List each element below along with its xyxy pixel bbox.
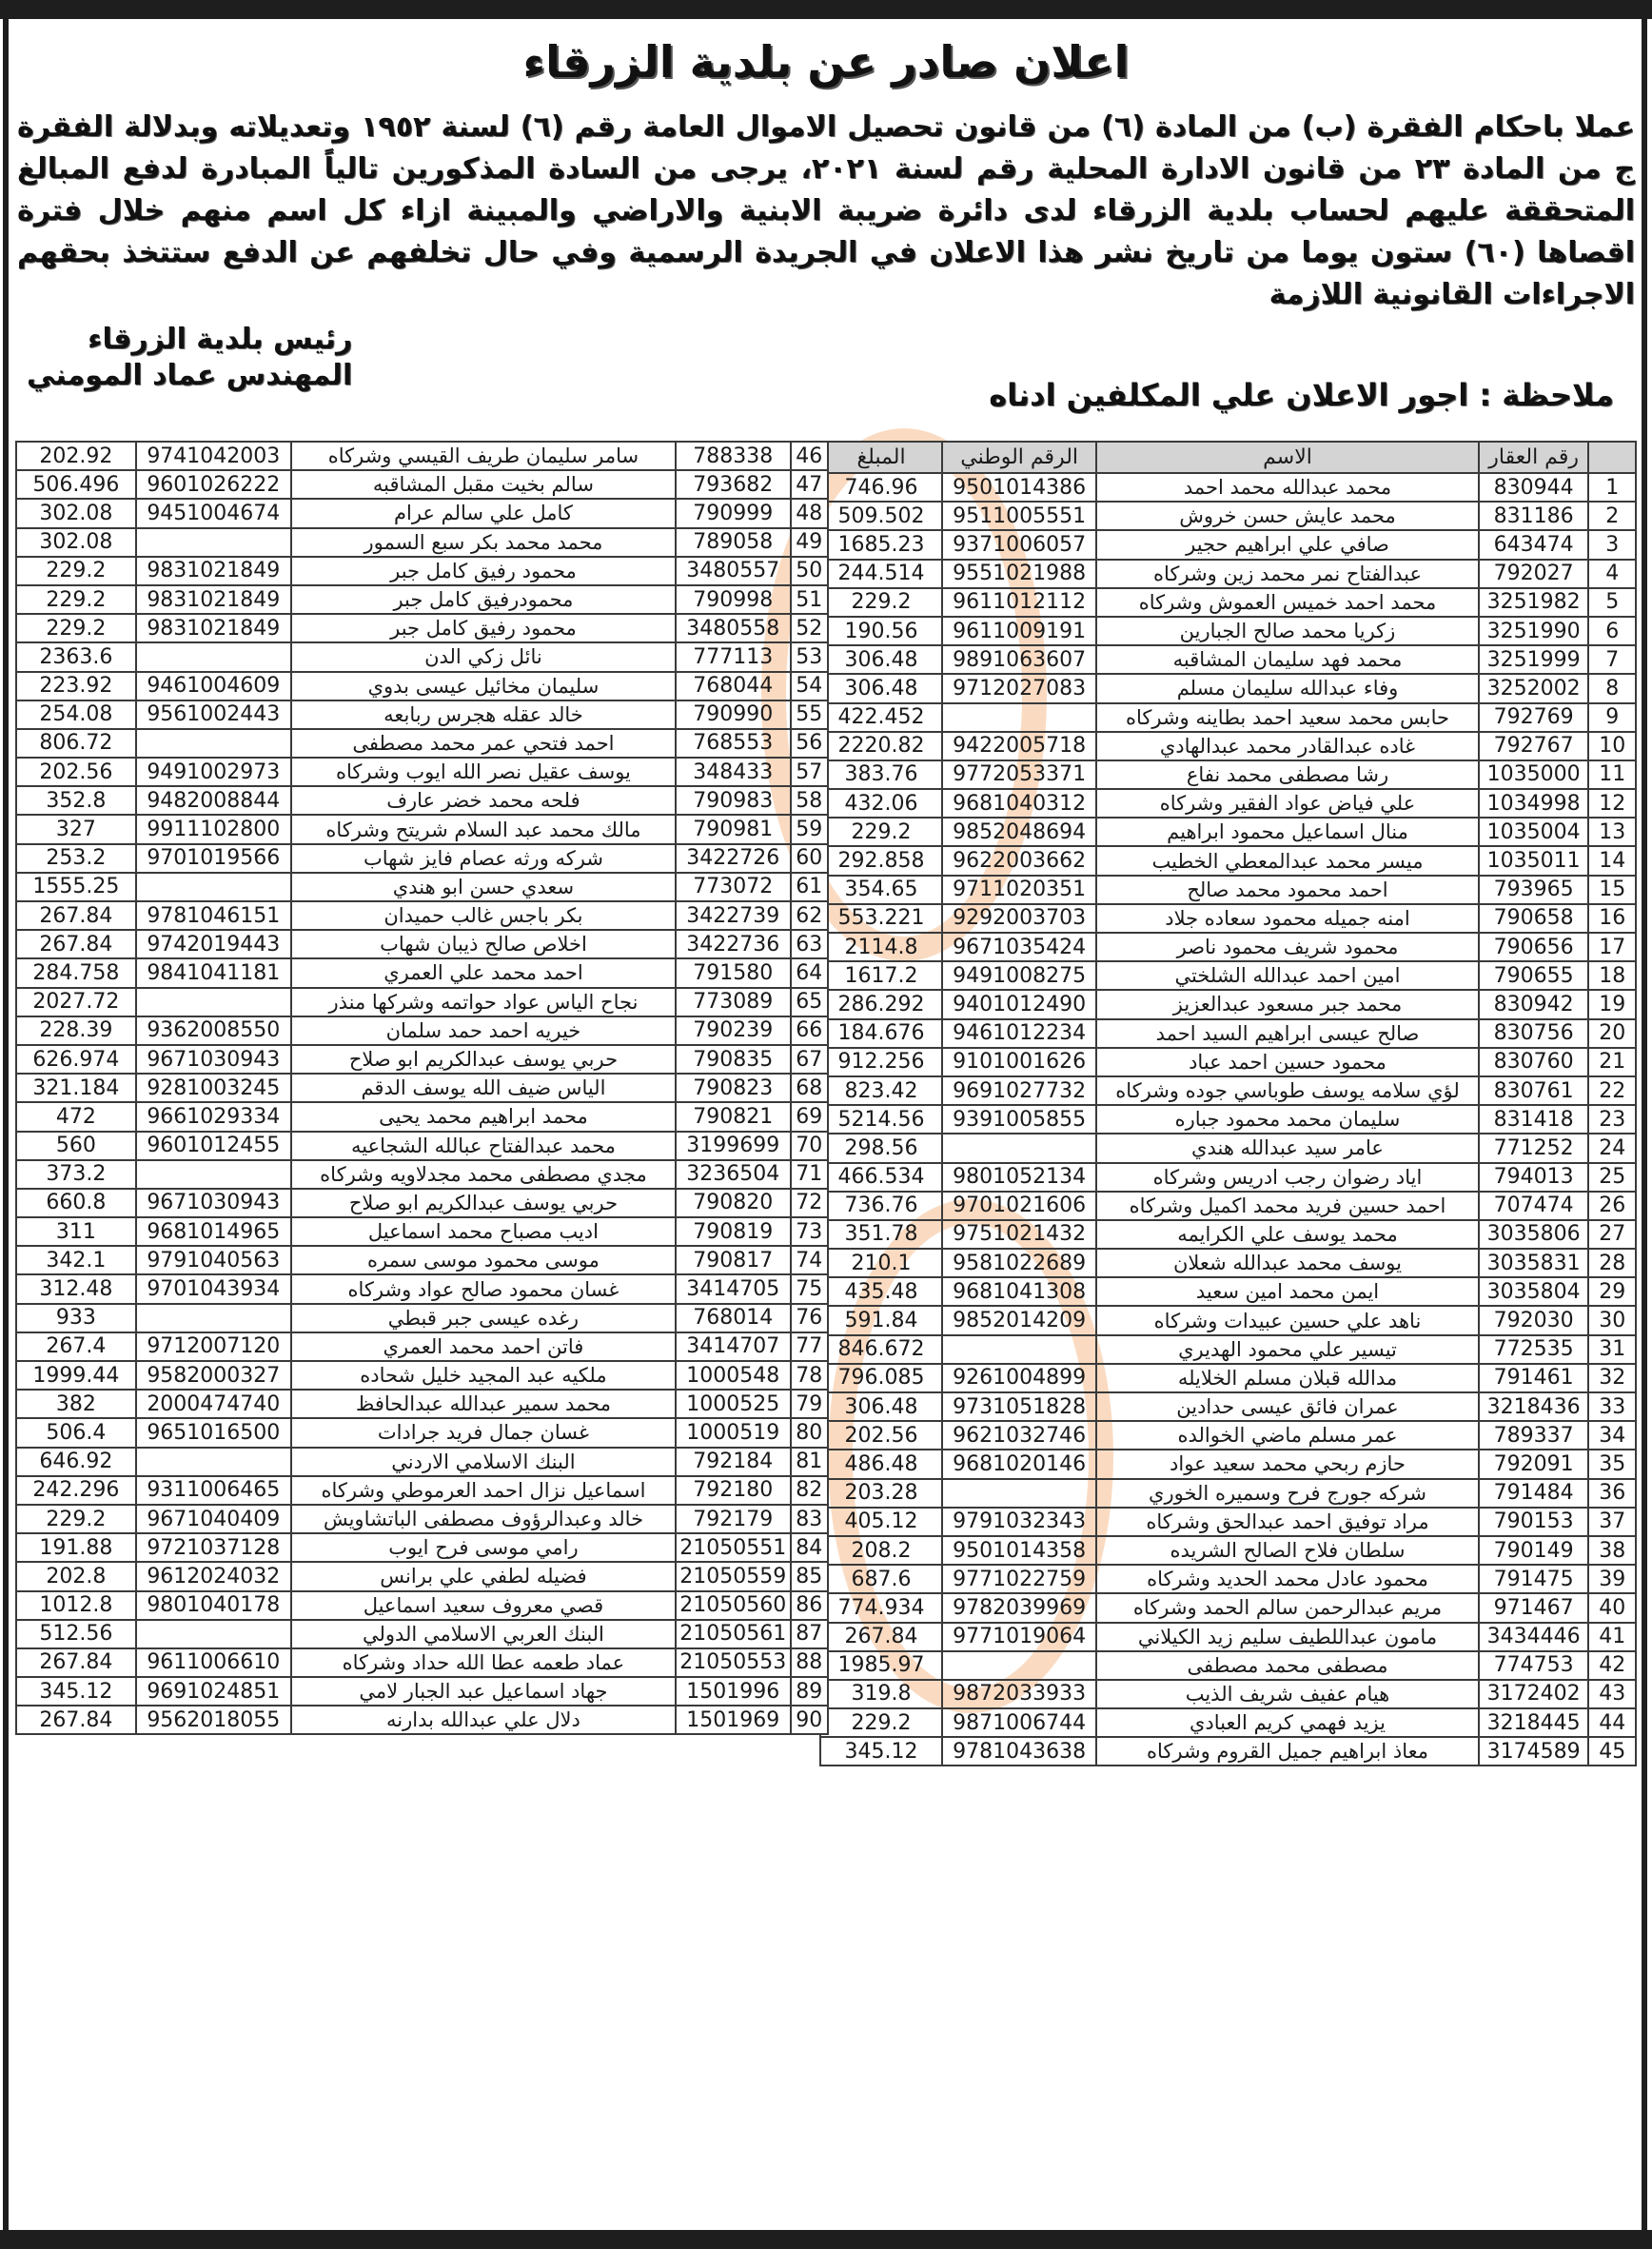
cell-name: احمد فتحي عمر محمد مصطفى: [291, 729, 676, 758]
cell-name: محمد عايش حسن خروش: [1096, 502, 1479, 530]
cell-amount: 687.6: [820, 1565, 942, 1593]
cell-index: 40: [1588, 1593, 1636, 1622]
table-row: 801000519غسان جمال فريد جرادات9651016500…: [16, 1418, 828, 1447]
cell-property-no: 791461: [1479, 1364, 1589, 1392]
cell-name: محمد جبر مسعود عبدالعزيز: [1096, 990, 1479, 1018]
cell-name: الياس ضيف الله يوسف الدقم: [291, 1074, 676, 1102]
cell-amount: 553.221: [820, 904, 942, 933]
cell-national-id: 9651016500: [136, 1418, 291, 1447]
cell-amount: 284.758: [16, 958, 136, 987]
cell-amount: 311: [16, 1217, 136, 1246]
cell-amount: 242.296: [16, 1476, 136, 1505]
table-row: 111035000رشا مصطفى محمد نفاع977205337138…: [820, 760, 1636, 789]
cell-name: صافي علي ابراهيم حجير: [1096, 530, 1479, 559]
table-row: 131035004منال اسماعيل محمود ابراهيم98520…: [820, 818, 1636, 846]
cell-name: اسماعيل نزال احمد العرموطي وشركاه: [291, 1476, 676, 1505]
cell-index: 65: [791, 988, 828, 1016]
cell-name: سلطان فلاح الصالح الشريده: [1096, 1536, 1479, 1565]
cell-property-no: 3035831: [1479, 1249, 1589, 1277]
cell-amount: 2114.8: [820, 933, 942, 961]
signature-title: رئيس بلدية الزرقاء: [27, 322, 352, 358]
cell-property-no: 21050560: [676, 1591, 791, 1620]
cell-national-id: 9782039969: [942, 1593, 1096, 1622]
table-row: 8521050559فضيله لطفي علي برانس9612024032…: [16, 1562, 828, 1590]
header-amount: المبلغ: [820, 442, 942, 473]
cell-index: 55: [791, 700, 828, 729]
cell-name: خيريه احمد حمد سلمان: [291, 1016, 676, 1045]
cell-amount: 383.76: [820, 760, 942, 789]
cell-amount: 208.2: [820, 1536, 942, 1565]
cell-index: 79: [791, 1390, 828, 1418]
cell-amount: 486.48: [820, 1450, 942, 1478]
cell-index: 58: [791, 786, 828, 815]
cell-name: دلال علي عبدالله بدارنه: [291, 1706, 676, 1734]
cell-index: 34: [1588, 1421, 1636, 1450]
cell-amount: 267.84: [16, 1706, 136, 1734]
announcement-body: عملا باحكام الفقرة (ب) من المادة (٦) من …: [17, 107, 1635, 316]
cell-national-id: 9661029334: [136, 1102, 291, 1131]
cell-name: عمر مسلم ماضي الخوالده: [1096, 1421, 1479, 1450]
table-row: 46788338سامر سليمان طريف القيسي وشركاه97…: [16, 442, 828, 470]
cell-name: شركه ورثه عصام فايز شهاب: [291, 844, 676, 873]
cell-index: 29: [1588, 1277, 1636, 1306]
cell-index: 22: [1588, 1076, 1636, 1105]
cell-property-no: 790983: [676, 786, 791, 815]
cell-index: 30: [1588, 1306, 1636, 1334]
cell-index: 50: [791, 557, 828, 585]
cell-amount: 202.56: [16, 758, 136, 786]
cell-amount: 746.96: [820, 473, 942, 502]
cell-amount: 319.8: [820, 1680, 942, 1708]
cell-national-id: 9701043934: [136, 1274, 291, 1303]
cell-index: 76: [791, 1304, 828, 1332]
cell-index: 33: [1588, 1392, 1636, 1421]
cell-property-no: 768014: [676, 1304, 791, 1332]
cell-national-id: 9891063607: [942, 645, 1096, 674]
cell-amount: 736.76: [820, 1192, 942, 1220]
table-row: 63251990زكريا محمد صالح الجبارين96110091…: [820, 617, 1636, 645]
cell-amount: 229.2: [820, 818, 942, 846]
table-row: 901501969دلال علي عبدالله بدارنه95620180…: [16, 1706, 828, 1734]
cell-amount: 312.48: [16, 1274, 136, 1303]
cell-national-id: 9691027732: [942, 1076, 1096, 1105]
cell-name: فلحه محمد خضر عارف: [291, 786, 676, 815]
table-row: 47793682سالم بخيت مقبل المشاقبه960102622…: [16, 470, 828, 499]
cell-national-id: [136, 1160, 291, 1189]
cell-name: محمد فهد سليمان المشاقبه: [1096, 645, 1479, 674]
cell-amount: 229.2: [820, 1708, 942, 1737]
cell-index: 81: [791, 1448, 828, 1476]
cell-property-no: 774753: [1479, 1651, 1589, 1680]
table-row: 82792180اسماعيل نزال احمد العرموطي وشركا…: [16, 1476, 828, 1505]
cell-name: سامر سليمان طريف القيسي وشركاه: [291, 442, 676, 470]
cell-name: فضيله لطفي علي برانس: [291, 1562, 676, 1590]
cell-index: 84: [791, 1533, 828, 1562]
cell-index: 3: [1588, 530, 1636, 559]
cell-property-no: 3414707: [676, 1332, 791, 1361]
cell-national-id: 9831021849: [136, 614, 291, 642]
cell-amount: 660.8: [16, 1189, 136, 1217]
cell-amount: 2363.6: [16, 642, 136, 671]
cell-index: 72: [791, 1189, 828, 1217]
cell-name: ملكيه عبد المجيد خليل شحاده: [291, 1361, 676, 1390]
cell-amount: 435.48: [820, 1277, 942, 1306]
cell-national-id: 9852048694: [942, 818, 1096, 846]
cell-amount: 229.2: [16, 585, 136, 614]
cell-amount: 229.2: [16, 614, 136, 642]
cell-amount: 202.8: [16, 1562, 136, 1590]
cell-property-no: 1501996: [676, 1677, 791, 1706]
cell-property-no: 789337: [1479, 1421, 1589, 1450]
cell-amount: 267.4: [16, 1332, 136, 1361]
table-row: 83252002وفاء عبدالله سليمان مسلم97120270…: [820, 674, 1636, 702]
cell-property-no: 3422739: [676, 901, 791, 930]
table-row: 3643474صافي علي ابراهيم حجير937100605716…: [820, 530, 1636, 559]
cell-property-no: 1000548: [676, 1361, 791, 1390]
header-national-id: الرقم الوطني: [942, 442, 1096, 473]
cell-property-no: 830761: [1479, 1076, 1589, 1105]
cell-amount: 302.08: [16, 499, 136, 527]
cell-property-no: 790658: [1479, 904, 1589, 933]
cell-property-no: 790835: [676, 1045, 791, 1074]
cell-property-no: 790655: [1479, 961, 1589, 990]
cell-index: 62: [791, 901, 828, 930]
cell-property-no: 790819: [676, 1217, 791, 1246]
cell-property-no: 772535: [1479, 1335, 1589, 1364]
cell-national-id: 9611012112: [942, 588, 1096, 617]
table-row: 37790153مراد توفيق احمد عبدالحق وشركاه97…: [820, 1508, 1636, 1536]
cell-name: خالد عقله هجرس ربابعه: [291, 700, 676, 729]
cell-property-no: 790153: [1479, 1508, 1589, 1536]
cell-index: 6: [1588, 617, 1636, 645]
cell-name: لؤي سلامه يوسف طوباسي جوده وشركاه: [1096, 1076, 1479, 1105]
cell-national-id: 9772053371: [942, 760, 1096, 789]
cell-index: 88: [791, 1648, 828, 1677]
cell-national-id: 9872033933: [942, 1680, 1096, 1708]
cell-index: 23: [1588, 1105, 1636, 1134]
cell-property-no: 790999: [676, 499, 791, 527]
cell-property-no: 788338: [676, 442, 791, 470]
cell-property-no: 3422736: [676, 930, 791, 958]
cell-index: 74: [791, 1246, 828, 1274]
table-row: 141035011ميسر محمد عبدالمعطي الخطيب96220…: [820, 846, 1636, 875]
cell-index: 42: [1588, 1651, 1636, 1680]
cell-amount: 1617.2: [820, 961, 942, 990]
cell-national-id: 9751021432: [942, 1220, 1096, 1249]
cell-property-no: 3434446: [1479, 1623, 1589, 1651]
cell-amount: 286.292: [820, 990, 942, 1018]
cell-index: 27: [1588, 1220, 1636, 1249]
cell-index: 36: [1588, 1479, 1636, 1508]
table-row: 26707474احمد حسين فريد محمد اكميل وشركاه…: [820, 1192, 1636, 1220]
cell-index: 89: [791, 1677, 828, 1706]
cell-national-id: 9911102800: [136, 815, 291, 843]
cell-national-id: 9701021606: [942, 1192, 1096, 1220]
taxpayers-table-left: 46788338سامر سليمان طريف القيسي وشركاه97…: [15, 441, 829, 1735]
cell-property-no: 831418: [1479, 1105, 1589, 1134]
cell-name: جهاد اسماعيل عبد الجبار لامي: [291, 1677, 676, 1706]
cell-property-no: 707474: [1479, 1192, 1589, 1220]
cell-name: محمود رفيق كامل جبر: [291, 614, 676, 642]
cell-property-no: 790821: [676, 1102, 791, 1131]
table-row: 59790981مالك محمد عبد السلام شريتح وشركا…: [16, 815, 828, 843]
table-row: 49789058محمد محمد بكر سبع السمور302.08: [16, 528, 828, 557]
cell-name: اياد رضوان رجب ادريس وشركاه: [1096, 1163, 1479, 1192]
cell-amount: 306.48: [820, 645, 942, 674]
table-row: 56768553احمد فتحي عمر محمد مصطفى806.72: [16, 729, 828, 758]
cell-index: 12: [1588, 789, 1636, 818]
cell-index: 4: [1588, 560, 1636, 588]
cell-property-no: 830760: [1479, 1048, 1589, 1076]
cell-property-no: 792030: [1479, 1306, 1589, 1334]
cell-amount: 345.12: [820, 1737, 942, 1766]
table-row: 433172402هيام عفيف شريف الذيب98720339333…: [820, 1680, 1636, 1708]
cell-amount: 203.28: [820, 1479, 942, 1508]
table-row: 603422726شركه ورثه عصام فايز شهاب9701019…: [16, 844, 828, 873]
cell-national-id: 9482008844: [136, 786, 291, 815]
cell-name: سليمان محمد محمود جباره: [1096, 1105, 1479, 1134]
cell-index: 54: [791, 672, 828, 700]
table-row: 40971467مريم عبدالرحمن سالم الحمد وشركاه…: [820, 1593, 1636, 1622]
cell-national-id: 9501014358: [942, 1536, 1096, 1565]
cell-amount: 267.84: [820, 1623, 942, 1651]
cell-index: 11: [1588, 760, 1636, 789]
table-row: 8821050553عماد طعمه عطا الله حداد وشركاه…: [16, 1648, 828, 1677]
cell-national-id: 9391005855: [942, 1105, 1096, 1134]
table-body-left: 46788338سامر سليمان طريف القيسي وشركاه97…: [16, 442, 828, 1734]
cell-name: يوسف محمد عبدالله شعلان: [1096, 1249, 1479, 1277]
cell-name: محمود حسين احمد عباد: [1096, 1048, 1479, 1076]
cell-amount: 472: [16, 1102, 136, 1131]
cell-national-id: 9451004674: [136, 499, 291, 527]
cell-national-id: 9371006057: [942, 530, 1096, 559]
cell-index: 26: [1588, 1192, 1636, 1220]
table-row: 66790239خيريه احمد حمد سلمان936200855022…: [16, 1016, 828, 1045]
cell-name: يزيد فهمي كريم العبادي: [1096, 1708, 1479, 1737]
cell-index: 59: [791, 815, 828, 843]
table-row: 773414707فاتن احمد محمد العمري9712007120…: [16, 1332, 828, 1361]
cell-index: 77: [791, 1332, 828, 1361]
cell-amount: 298.56: [820, 1134, 942, 1162]
header-index: [1588, 442, 1636, 473]
cell-name: رامي موسى فرح ايوب: [291, 1533, 676, 1562]
cell-name: مدالله قبلان مسلم الخلايله: [1096, 1364, 1479, 1392]
cell-amount: 267.84: [16, 930, 136, 958]
cell-property-no: 831186: [1479, 502, 1589, 530]
cell-amount: 244.514: [820, 560, 942, 588]
table-row: 53777113نائل زكي الدن2363.6: [16, 642, 828, 671]
table-row: 273035806محمد يوسف علي الكرايمه975102143…: [820, 1220, 1636, 1249]
cell-property-no: 1000525: [676, 1390, 791, 1418]
cell-property-no: 971467: [1479, 1593, 1589, 1622]
cell-name: محمد ابراهيم محمد يحيى: [291, 1102, 676, 1131]
cell-index: 75: [791, 1274, 828, 1303]
cell-name: البنك العربي الاسلامي الدولي: [291, 1620, 676, 1648]
cell-index: 53: [791, 642, 828, 671]
cell-property-no: 3236504: [676, 1160, 791, 1189]
cell-name: بكر باجس غالب حميدان: [291, 901, 676, 930]
cell-amount: 1555.25: [16, 873, 136, 901]
cell-amount: 912.256: [820, 1048, 942, 1076]
cell-amount: 327: [16, 815, 136, 843]
cell-property-no: 3252002: [1479, 674, 1589, 702]
cell-name: امين احمد عبدالله الشلختي: [1096, 961, 1479, 990]
table-row: 32791461مدالله قبلان مسلم الخلايله926100…: [820, 1364, 1636, 1392]
cell-property-no: 3218436: [1479, 1392, 1589, 1421]
cell-name: حابس محمد سعيد احمد بطاينه وشركاه: [1096, 703, 1479, 732]
cell-national-id: [136, 1620, 291, 1648]
cell-index: 67: [791, 1045, 828, 1074]
cell-amount: 202.92: [16, 442, 136, 470]
table-row: 413434446مامون عبداللطيف سليم زيد الكيلا…: [820, 1623, 1636, 1651]
cell-national-id: 9681040312: [942, 789, 1096, 818]
cell-national-id: 9741042003: [136, 442, 291, 470]
table-row: 48790999كامل علي سالم عرام9451004674302.…: [16, 499, 828, 527]
cell-national-id: 9292003703: [942, 904, 1096, 933]
cell-amount: 560: [16, 1132, 136, 1160]
cell-amount: 267.84: [16, 1648, 136, 1677]
cell-national-id: [136, 528, 291, 557]
cell-amount: 1985.97: [820, 1651, 942, 1680]
cell-amount: 933: [16, 1304, 136, 1332]
cell-property-no: 1034998: [1479, 789, 1589, 818]
cell-index: 17: [1588, 933, 1636, 961]
cell-name: محمد محمد بكر سبع السمور: [291, 528, 676, 557]
cell-national-id: 9461012234: [942, 1019, 1096, 1048]
table-row: 8421050551رامي موسى فرح ايوب972103712819…: [16, 1533, 828, 1562]
cell-amount: 354.65: [820, 876, 942, 904]
cell-index: 73: [791, 1217, 828, 1246]
cell-national-id: 9491008275: [942, 961, 1096, 990]
table-row: 20830756صالح عيسى ابراهيم السيد احمد9461…: [820, 1019, 1636, 1048]
cell-index: 32: [1588, 1364, 1636, 1392]
table-row: 15793965احمد محمود محمد صالح971102035135…: [820, 876, 1636, 904]
cell-index: 2: [1588, 502, 1636, 530]
cell-national-id: 9781046151: [136, 901, 291, 930]
table-row: 713236504مجدي مصطفى محمد مجدلاويه وشركاه…: [16, 1160, 828, 1189]
cell-amount: 306.48: [820, 674, 942, 702]
table-row: 8621050560قصي معروف سعيد اسماعيل98010401…: [16, 1591, 828, 1620]
cell-property-no: 3174589: [1479, 1737, 1589, 1766]
cell-index: 39: [1588, 1565, 1636, 1593]
cell-index: 64: [791, 958, 828, 987]
cell-national-id: 9791040563: [136, 1246, 291, 1274]
table-row: 57348433يوسف عقيل نصر الله ايوب وشركاه94…: [16, 758, 828, 786]
cell-name: ايمن محمد امين سعيد: [1096, 1277, 1479, 1306]
cell-national-id: [942, 1335, 1096, 1364]
cell-name: رشا مصطفى محمد نفاع: [1096, 760, 1479, 789]
cell-name: مالك محمد عبد السلام شريتح وشركاه: [291, 815, 676, 843]
table-row: 16790658امنه جميله محمود سعاده جلاد92920…: [820, 904, 1636, 933]
cell-property-no: 773072: [676, 873, 791, 901]
cell-name: عماد طعمه عطا الله حداد وشركاه: [291, 1648, 676, 1677]
table-row: 74790817موسى محمود موسى سمره979104056334…: [16, 1246, 828, 1274]
cell-national-id: 9801040178: [136, 1591, 291, 1620]
cell-name: تيسير علي محمود الهديري: [1096, 1335, 1479, 1364]
cell-name: وفاء عبدالله سليمان مسلم: [1096, 674, 1479, 702]
table-row: 18790655امين احمد عبدالله الشلختي9491008…: [820, 961, 1636, 990]
table-row: 293035804ايمن محمد امين سعيد968104130843…: [820, 1277, 1636, 1306]
cell-name: غسان جمال فريد جرادات: [291, 1418, 676, 1447]
cell-property-no: 3199699: [676, 1132, 791, 1160]
cell-national-id: 9612024032: [136, 1562, 291, 1590]
cell-national-id: 9611006610: [136, 1648, 291, 1677]
cell-name: نائل زكي الدن: [291, 642, 676, 671]
cell-index: 8: [1588, 674, 1636, 702]
cell-amount: 190.56: [820, 617, 942, 645]
cell-national-id: 9281003245: [136, 1074, 291, 1102]
cell-amount: 254.08: [16, 700, 136, 729]
table-row: 25794013اياد رضوان رجب ادريس وشركاه98010…: [820, 1163, 1636, 1192]
cell-amount: 2220.82: [820, 732, 942, 760]
table-row: 10792767غاده عبدالقادر محمد عبدالهادي942…: [820, 732, 1636, 760]
table-row: 69790821محمد ابراهيم محمد يحيى9661029334…: [16, 1102, 828, 1131]
cell-amount: 302.08: [16, 528, 136, 557]
cell-index: 37: [1588, 1508, 1636, 1536]
cell-property-no: 3251982: [1479, 588, 1589, 617]
cell-name: غسان محمود صالح عواد وشركاه: [291, 1274, 676, 1303]
cell-amount: 774.934: [820, 1593, 942, 1622]
cell-property-no: 792179: [676, 1505, 791, 1533]
cell-national-id: 9551021988: [942, 560, 1096, 588]
cell-amount: 267.84: [16, 901, 136, 930]
cell-national-id: 9671035424: [942, 933, 1096, 961]
cell-amount: 796.085: [820, 1364, 942, 1392]
cell-index: 41: [1588, 1623, 1636, 1651]
cell-national-id: 9831021849: [136, 557, 291, 585]
cell-index: 68: [791, 1074, 828, 1102]
cell-amount: 646.92: [16, 1448, 136, 1476]
cell-national-id: 9681020146: [942, 1450, 1096, 1478]
cell-index: 7: [1588, 645, 1636, 674]
cell-property-no: 348433: [676, 758, 791, 786]
table-row: 61773072سعدي حسن ابو هندي1555.25: [16, 873, 828, 901]
cell-name: مريم عبدالرحمن سالم الحمد وشركاه: [1096, 1593, 1479, 1622]
cell-property-no: 790990: [676, 700, 791, 729]
cell-amount: 626.974: [16, 1045, 136, 1074]
cell-index: 5: [1588, 588, 1636, 617]
table-row: 67790835حربي يوسف عبدالكريم ابو صلاح9671…: [16, 1045, 828, 1074]
cell-property-no: 792027: [1479, 560, 1589, 588]
table-row: 333218436عمران فائق عيسى حدادين973105182…: [820, 1392, 1636, 1421]
cell-property-no: 791484: [1479, 1479, 1589, 1508]
cell-index: 1: [1588, 473, 1636, 502]
cell-national-id: 9511005551: [942, 502, 1096, 530]
table-row: 51790998محمودرفيق كامل جبر9831021849229.…: [16, 585, 828, 614]
cell-name: اديب مصباح محمد اسماعيل: [291, 1217, 676, 1246]
cell-property-no: 777113: [676, 642, 791, 671]
header-property-no: رقم العقار: [1479, 442, 1589, 473]
cell-national-id: 9712027083: [942, 674, 1096, 702]
cell-amount: 5214.56: [820, 1105, 942, 1134]
cell-property-no: 3251999: [1479, 645, 1589, 674]
cell-amount: 1012.8: [16, 1591, 136, 1620]
cell-amount: 506.4: [16, 1418, 136, 1447]
cell-index: 51: [791, 585, 828, 614]
cell-index: 60: [791, 844, 828, 873]
table-row: 38790149سلطان فلاح الصالح الشريده9501014…: [820, 1536, 1636, 1565]
table-body-right: 1830944محمد عبدالله محمد احمد95010143867…: [820, 473, 1636, 1766]
cell-name: خالد وعبدالرؤوف مصطفى الباتشاويش: [291, 1505, 676, 1533]
table-row: 23831418سليمان محمد محمود جباره939100585…: [820, 1105, 1636, 1134]
cell-amount: 1685.23: [820, 530, 942, 559]
cell-national-id: 9311006465: [136, 1476, 291, 1505]
cell-name: غاده عبدالقادر محمد عبدالهادي: [1096, 732, 1479, 760]
cell-amount: 342.1: [16, 1246, 136, 1274]
cell-index: 13: [1588, 818, 1636, 846]
cell-national-id: 9362008550: [136, 1016, 291, 1045]
table-row: 523480558محمود رفيق كامل جبر983102184922…: [16, 614, 828, 642]
